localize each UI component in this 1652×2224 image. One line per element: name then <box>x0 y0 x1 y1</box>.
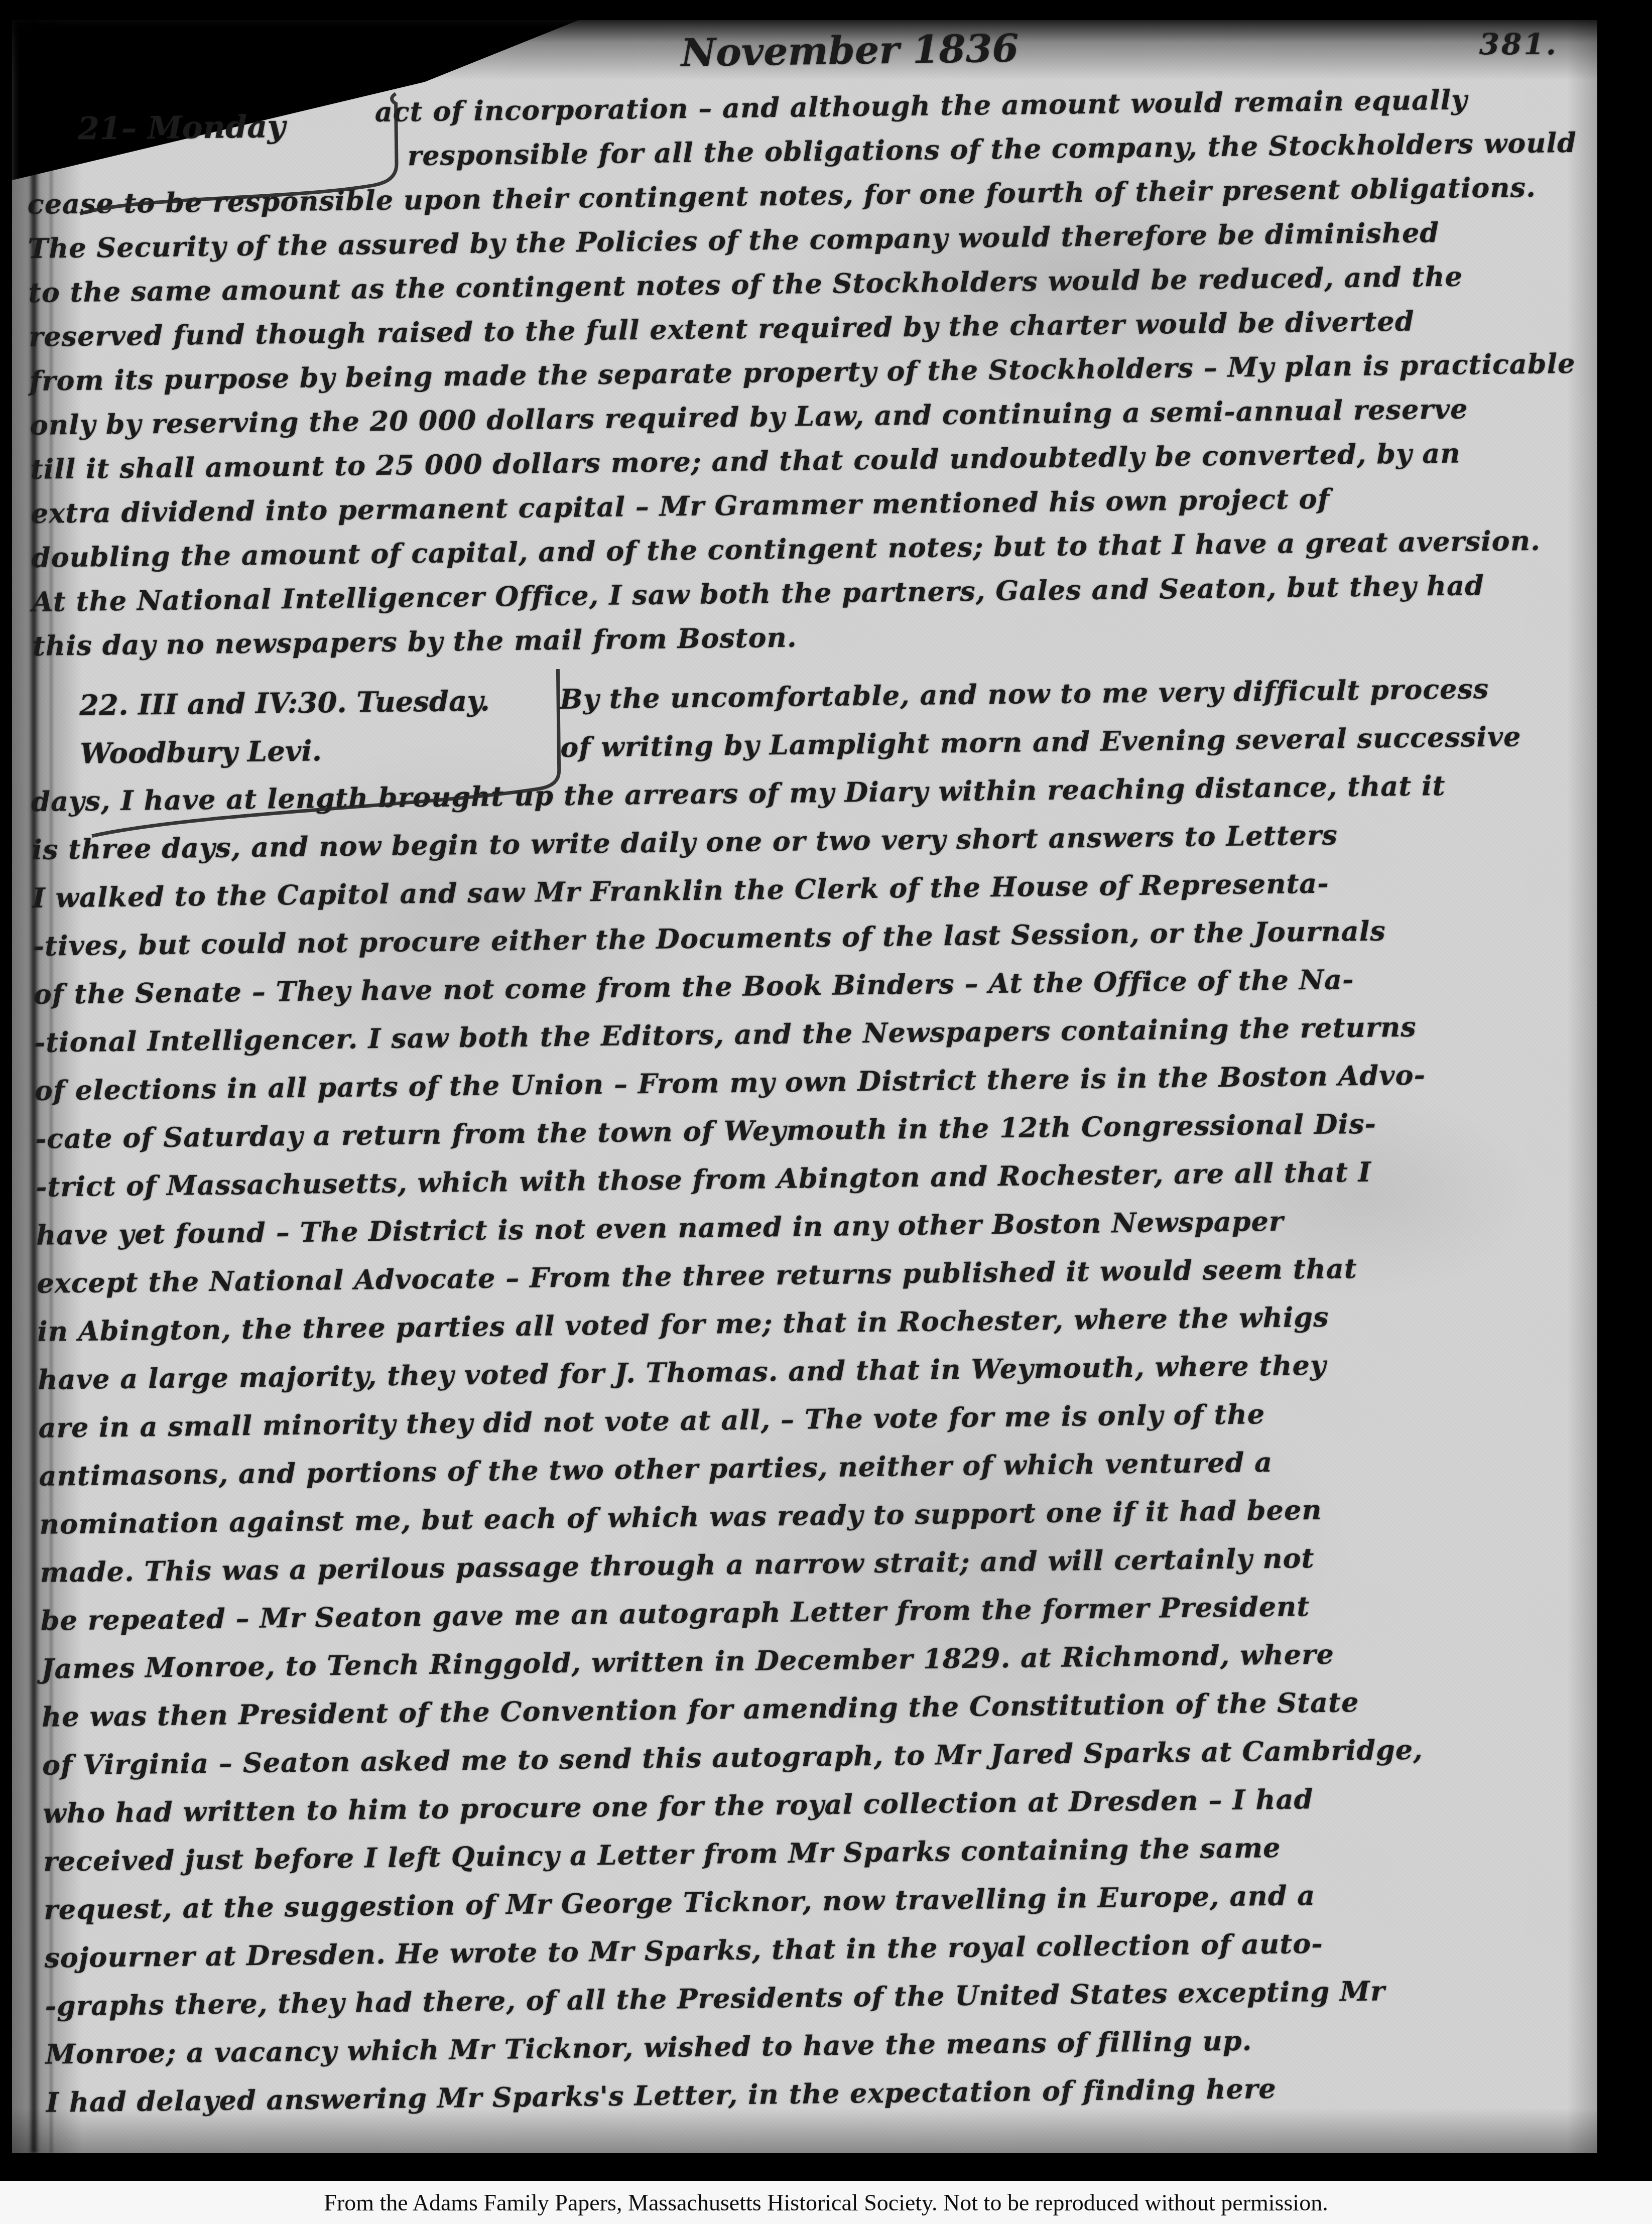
entry-margin-note: Woodbury Levi. <box>80 725 491 778</box>
manuscript-page: 381. November 1836 21– Monday act of inc… <box>12 20 1597 2153</box>
attribution-text: From the Adams Family Papers, Massachuse… <box>324 2189 1328 2216</box>
entry-22-body: days, I have at length brought up the ar… <box>31 760 1602 2127</box>
entry-date-label: 21– Monday <box>78 108 286 147</box>
microfilm-scan-frame: { "page_number": "381.", "header": { "mo… <box>0 0 1652 2224</box>
entry-22-head: 22. III and IV:30. Tuesday. Woodbury Lev… <box>75 664 1587 777</box>
entry-date-label: 22. III and IV:30. Tuesday. Woodbury Lev… <box>79 677 491 778</box>
manuscript-content: 21– Monday act of incorporation – and al… <box>68 62 1602 2126</box>
entry-21-head-lines: act of incorporation – and although the … <box>374 76 1580 178</box>
entry-21-body: cease to be responsible upon their conti… <box>27 165 1586 668</box>
entry-date-time-label: 22. III and IV:30. Tuesday. <box>79 677 490 730</box>
attribution-footer: From the Adams Family Papers, Massachuse… <box>0 2181 1652 2224</box>
diary-entry-21: 21– Monday act of incorporation – and al… <box>68 76 1586 668</box>
entry-22-head-lines: By the uncomfortable, and now to me very… <box>560 664 1587 771</box>
diary-entry-22: 22. III and IV:30. Tuesday. Woodbury Lev… <box>75 664 1602 2126</box>
entry-21-head: 21– Monday act of incorporation – and al… <box>68 76 1580 182</box>
